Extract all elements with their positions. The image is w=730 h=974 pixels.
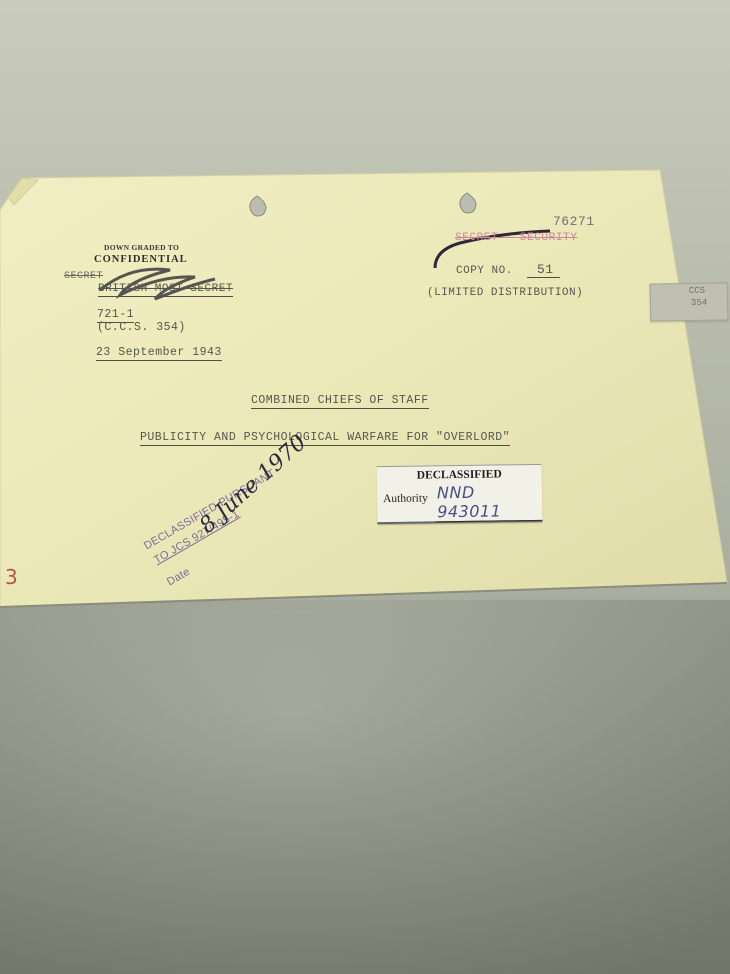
document-date: 23 September 1943 — [96, 346, 222, 361]
struck-classification: SECRET — [64, 271, 103, 282]
tab-line-1: CCS — [689, 286, 705, 296]
distribution-note: (LIMITED DISTRIBUTION) — [427, 287, 583, 299]
serial-number: 76271 — [553, 214, 595, 229]
confidential-stamp: CONFIDENTIAL — [94, 254, 188, 265]
index-tab: CCS 354 — [650, 282, 729, 321]
declassification-stamp: DECLASSIFIED PURSUANT TO JCS 927/495-1 D… — [140, 470, 310, 590]
authority-label: Authority — [383, 492, 428, 505]
struck-british-most-secret: BRITISH MOST SECRET — [98, 283, 233, 297]
tab-line-2: 354 — [691, 298, 707, 308]
stamp-date-label: Date — [165, 566, 192, 589]
page-number: 3 — [5, 565, 18, 589]
document-subject: PUBLICITY AND PSYCHOLOGICAL WARFARE FOR … — [140, 431, 510, 446]
document-content: DOWN GRADED TO CONFIDENTIAL SECRET BRITI… — [0, 0, 730, 974]
struck-secret-security: SECRET - SECURITY — [455, 232, 577, 244]
document-title: COMBINED CHIEFS OF STAFF — [251, 394, 429, 409]
downgrade-stamp: DOWN GRADED TO — [104, 243, 179, 252]
copy-label: COPY NO. — [456, 265, 513, 277]
copy-number: 51 — [527, 262, 560, 278]
declassified-label: DECLASSIFIED Authority NND 943011 — [377, 464, 543, 524]
authority-value: NND 943011 — [435, 482, 543, 522]
declassified-title: DECLASSIFIED — [377, 468, 542, 482]
ccs-reference: (C.C.S. 354) — [97, 321, 186, 334]
